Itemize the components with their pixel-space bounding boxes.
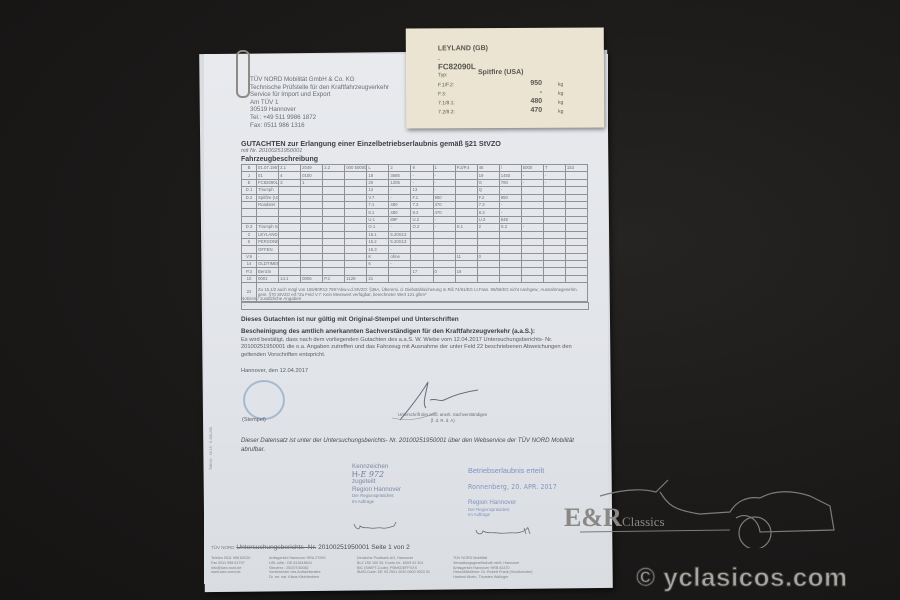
table-cell: Q bbox=[477, 187, 499, 194]
label-weight-row: F.1/F.2:950kg bbox=[438, 82, 588, 83]
table-row: B01.07.19672.120492.2000 50000 -L291P.2/… bbox=[242, 165, 588, 172]
table-cell bbox=[301, 238, 323, 245]
table-cell: - bbox=[543, 172, 565, 179]
table-cell bbox=[345, 268, 367, 275]
site-watermark: © yclasicos.com bbox=[636, 562, 848, 593]
official-label: Der Regionspräsident bbox=[352, 493, 401, 498]
table-cell bbox=[455, 275, 477, 282]
table-cell bbox=[367, 268, 389, 275]
table-cell: 2049 bbox=[301, 165, 323, 172]
footer-col-management: TÜV NORD MobilitätVerwaltungsgesellschaf… bbox=[453, 556, 533, 580]
table-cell bbox=[477, 275, 499, 282]
label-key: 7.1/8.1: bbox=[438, 100, 455, 106]
table-cell bbox=[433, 275, 455, 282]
table-cell bbox=[433, 253, 455, 260]
table-cell: B bbox=[242, 165, 257, 172]
label-key: 7.2/8.2: bbox=[438, 109, 455, 115]
table-cell: 4 bbox=[279, 172, 301, 179]
table-cell bbox=[242, 209, 257, 216]
table-cell: 89F bbox=[389, 216, 411, 223]
table-cell bbox=[242, 216, 257, 223]
table-cell bbox=[499, 261, 521, 268]
table-cell: - bbox=[389, 224, 411, 231]
table-row: 2LEYLAND (GB)15.15.20S13 bbox=[242, 231, 588, 238]
table-cell: - bbox=[257, 253, 279, 260]
table-cell: 0 bbox=[433, 268, 455, 275]
table-cell bbox=[455, 209, 477, 216]
table-cell: 0006 bbox=[301, 275, 323, 282]
table-cell: - bbox=[433, 172, 455, 179]
table-cell bbox=[345, 246, 367, 253]
table-cell: V.7 bbox=[367, 194, 389, 201]
table-cell: - bbox=[433, 216, 455, 223]
table-cell: 11 bbox=[455, 253, 477, 260]
footer-page-line: TÜV NORD Untersuchungsberichts- Nr. 2010… bbox=[211, 544, 410, 551]
table-cell: 2 bbox=[477, 224, 499, 231]
label-weight-row: F.3:-kg bbox=[438, 91, 588, 92]
table-cell bbox=[455, 261, 477, 268]
table-cell: 5000 bbox=[521, 165, 543, 172]
table-cell: 17 bbox=[411, 268, 433, 275]
table-cell: O.1 bbox=[367, 224, 389, 231]
table-cell: - bbox=[543, 179, 565, 186]
registration-signature-icon bbox=[352, 520, 398, 532]
table-cell: 5.20S13 bbox=[389, 238, 411, 245]
table-cell: 19 bbox=[477, 172, 499, 179]
vehicle-label-card: LEYLAND (GB) - FC82090L Typ: Spitfire (U… bbox=[406, 27, 605, 128]
table-cell: L bbox=[367, 165, 389, 172]
table-cell bbox=[279, 224, 301, 231]
table-cell bbox=[323, 179, 345, 186]
table-cell bbox=[565, 187, 587, 194]
table-cell bbox=[521, 246, 543, 253]
table-cell bbox=[543, 238, 565, 245]
table-cell bbox=[345, 187, 367, 194]
table-cell bbox=[345, 261, 367, 268]
sender-line: TÜV NORD Mobilität GmbH & Co. KG bbox=[250, 76, 389, 84]
table-cell bbox=[345, 216, 367, 223]
table-cell bbox=[323, 172, 345, 179]
table-cell bbox=[279, 194, 301, 201]
footer-col-contact: Telefon 0511 998 62020Fax 0511 998 61797… bbox=[211, 556, 250, 575]
table-cell: - bbox=[411, 179, 433, 186]
table-row: 5PERSONENKRAFTWAGEN15.25.20S13 bbox=[242, 238, 588, 245]
certification-body: Es wird bestätigt, dass nach dem vorlieg… bbox=[241, 337, 591, 359]
table-cell bbox=[301, 253, 323, 260]
table-cell bbox=[565, 238, 587, 245]
table-cell: 46 bbox=[477, 165, 499, 172]
table-cell bbox=[279, 238, 301, 245]
table-cell: Triumph bbox=[257, 187, 279, 194]
table-cell: 6 bbox=[367, 261, 389, 268]
table-cell: S.2 bbox=[499, 224, 521, 231]
table-cell bbox=[411, 275, 433, 282]
approval-title: Betriebserlaubnis erteilt bbox=[468, 466, 557, 475]
table-cell bbox=[323, 201, 345, 208]
table-cell: 12 bbox=[367, 187, 389, 194]
table-cell bbox=[521, 216, 543, 223]
table-row: V.9-Kohne110 bbox=[242, 253, 588, 260]
table-row: D.1Triumph12-13-Q- bbox=[242, 187, 588, 194]
table-cell bbox=[565, 261, 587, 268]
sender-address: TÜV NORD Mobilität GmbH & Co. KGTechnisc… bbox=[250, 76, 389, 129]
table-cell bbox=[543, 253, 565, 260]
table-cell bbox=[323, 224, 345, 231]
table-cell bbox=[499, 231, 521, 238]
notes-label: Notizen / zusätzliche Angaben bbox=[241, 296, 301, 301]
table-cell: 15.3 bbox=[367, 246, 389, 253]
table-cell bbox=[345, 209, 367, 216]
footer-org-prefix: TÜV NORD bbox=[211, 545, 235, 550]
table-cell bbox=[521, 187, 543, 194]
table-cell bbox=[323, 216, 345, 223]
table-cell bbox=[565, 275, 587, 282]
table-cell: D.3 bbox=[242, 224, 257, 231]
table-cell: V.9 bbox=[242, 253, 257, 260]
table-cell bbox=[543, 216, 565, 223]
table-cell bbox=[301, 231, 323, 238]
table-cell: 1 bbox=[433, 165, 455, 172]
sender-line: Tel.: +49 511 9986 1872 bbox=[250, 114, 389, 122]
table-cell: 480 bbox=[389, 201, 411, 208]
table-cell: LEYLAND (GB) bbox=[257, 231, 279, 238]
table-cell bbox=[301, 246, 323, 253]
registration-stamp: Kennzeichen H-E 972 zugeteilt Region Han… bbox=[352, 463, 401, 504]
table-cell bbox=[279, 231, 301, 238]
table-cell bbox=[521, 275, 543, 282]
table-cell bbox=[565, 179, 587, 186]
table-cell: 0100 bbox=[301, 172, 323, 179]
table-cell: 8.2 bbox=[411, 209, 433, 216]
table-cell bbox=[499, 275, 521, 282]
table-cell: 780 bbox=[499, 179, 521, 186]
table-cell: 2.2 bbox=[323, 165, 345, 172]
label-unit: kg bbox=[558, 109, 563, 115]
label-unit: kg bbox=[558, 91, 563, 97]
plate-number: H-E 972 bbox=[352, 471, 401, 479]
table-cell bbox=[345, 179, 367, 186]
table-cell bbox=[411, 231, 433, 238]
table-cell: E bbox=[242, 179, 257, 186]
table-cell bbox=[477, 246, 499, 253]
label-key: F.1/F.2: bbox=[438, 82, 454, 88]
table-cell bbox=[543, 246, 565, 253]
table-cell bbox=[499, 268, 521, 275]
footer-line: Hartmut Abeln, Thorsten Walinger bbox=[453, 575, 533, 580]
table-cell bbox=[279, 261, 301, 268]
table-cell: D.2 bbox=[242, 194, 257, 201]
table-cell: 2 bbox=[389, 165, 411, 172]
table-cell bbox=[301, 187, 323, 194]
table-cell: 1129 bbox=[345, 275, 367, 282]
table-cell bbox=[499, 246, 521, 253]
table-cell bbox=[565, 253, 587, 260]
table-cell: P.3 bbox=[242, 268, 257, 275]
table-cell: 7.2 bbox=[411, 201, 433, 208]
table-cell bbox=[323, 231, 345, 238]
table-cell: OFFEN bbox=[257, 246, 279, 253]
table-cell: 470 bbox=[433, 201, 455, 208]
table-cell: 8.3 bbox=[477, 209, 499, 216]
table-cell: - bbox=[521, 224, 543, 231]
table-cell bbox=[455, 201, 477, 208]
table-cell bbox=[543, 231, 565, 238]
label-weight-row: 7.1/8.1:480kg bbox=[438, 100, 588, 101]
table-cell: 2.1 bbox=[279, 165, 301, 172]
table-cell: 950 bbox=[499, 194, 521, 201]
table-cell bbox=[455, 216, 477, 223]
table-cell bbox=[565, 216, 587, 223]
signature-caption: Unterschrift des amtl. anerk. Sachverstä… bbox=[398, 412, 487, 424]
table-row: OFFEN15.3- bbox=[242, 246, 588, 253]
table-cell: J bbox=[242, 172, 257, 179]
table-cell bbox=[257, 216, 279, 223]
table-cell: S.1 bbox=[455, 224, 477, 231]
table-cell bbox=[345, 253, 367, 260]
table-cell: 470 bbox=[433, 209, 455, 216]
footer-struck-label: Untersuchungsberichts- Nr. bbox=[236, 544, 316, 551]
label-weight-row: 7.2/8.2:470kg bbox=[438, 109, 588, 110]
table-cell bbox=[521, 194, 543, 201]
svg-text:Classics: Classics bbox=[622, 514, 665, 529]
table-cell bbox=[345, 201, 367, 208]
table-cell bbox=[521, 238, 543, 245]
table-cell bbox=[565, 194, 587, 201]
label-value: 950 bbox=[508, 80, 542, 87]
table-cell: 480 bbox=[389, 209, 411, 216]
table-cell bbox=[411, 261, 433, 268]
table-cell: 15.1 bbox=[367, 231, 389, 238]
label-code: FC82090L bbox=[438, 62, 476, 71]
label-make: LEYLAND (GB) bbox=[438, 45, 488, 52]
table-cell bbox=[543, 268, 565, 275]
table-cell: 2 bbox=[242, 231, 257, 238]
table-cell bbox=[323, 261, 345, 268]
table-cell: 5 bbox=[242, 238, 257, 245]
label-value: 470 bbox=[508, 107, 542, 114]
table-cell bbox=[411, 253, 433, 260]
place-date: Hannover, den 12.04.2017 bbox=[241, 368, 308, 374]
table-cell bbox=[301, 209, 323, 216]
official-stamp-icon bbox=[243, 380, 285, 420]
form-code: TMK54 · 09.15 · 0.458.258 bbox=[209, 427, 213, 470]
sender-line: 30519 Hannover bbox=[250, 106, 389, 114]
table-cell: 14 bbox=[242, 261, 257, 268]
table-cell: 7.3 bbox=[477, 201, 499, 208]
table-cell bbox=[565, 246, 587, 253]
table-cell bbox=[345, 194, 367, 201]
table-cell: F.1 bbox=[411, 194, 433, 201]
table-cell bbox=[543, 201, 565, 208]
table-cell bbox=[521, 231, 543, 238]
table-cell: 3685 bbox=[389, 172, 411, 179]
table-cell: - bbox=[411, 172, 433, 179]
table-cell bbox=[323, 194, 345, 201]
table-cell bbox=[242, 201, 257, 208]
table-cell bbox=[279, 187, 301, 194]
table-cell bbox=[433, 261, 455, 268]
on-behalf-label: Im Auftrage bbox=[352, 499, 401, 504]
table-cell: 7.1 bbox=[367, 201, 389, 208]
table-cell bbox=[499, 238, 521, 245]
table-cell bbox=[565, 231, 587, 238]
table-cell: 1 bbox=[301, 179, 323, 186]
table-cell bbox=[301, 268, 323, 275]
table-row: 10000114.10006P.1112921 bbox=[242, 275, 588, 282]
table-cell bbox=[411, 238, 433, 245]
table-cell bbox=[345, 231, 367, 238]
table-row: EFC82090L31201205--G780-- bbox=[242, 179, 588, 186]
table-cell: 5.20S13 bbox=[389, 231, 411, 238]
table-row: U.189FU.2-U.384E bbox=[242, 216, 588, 223]
table-cell bbox=[455, 194, 477, 201]
label-typ: Spitfire (USA) bbox=[478, 69, 524, 76]
sender-line: Service für Import und Export bbox=[250, 91, 389, 99]
footer-col-registry: Amtsgericht Hannover HRA 27009USt.-IdNr.… bbox=[269, 556, 325, 580]
approval-date: Ronnenberg, 20. APR. 2017 bbox=[468, 483, 557, 491]
table-cell bbox=[565, 201, 587, 208]
document-number: mit Nr. 20100251950001 bbox=[241, 148, 302, 154]
table-cell bbox=[543, 209, 565, 216]
label-value: - bbox=[508, 89, 542, 96]
table-cell bbox=[279, 253, 301, 260]
sender-line: Fax: 0511 986 1316 bbox=[250, 122, 389, 130]
table-cell: - bbox=[433, 187, 455, 194]
table-cell bbox=[279, 201, 301, 208]
table-cell: U.3 bbox=[477, 216, 499, 223]
section-title: Fahrzeugbeschreibung bbox=[241, 156, 318, 163]
table-cell: - bbox=[499, 209, 521, 216]
footer-line: www.tuev-nord.de bbox=[211, 570, 250, 575]
table-cell bbox=[455, 172, 477, 179]
signature-caption-line-2: (f. d. R. d. A) bbox=[398, 418, 487, 424]
table-cell: 1205 bbox=[389, 179, 411, 186]
table-cell bbox=[565, 268, 587, 275]
table-cell bbox=[543, 224, 565, 231]
table-cell bbox=[279, 246, 301, 253]
table-cell: F.2 bbox=[477, 194, 499, 201]
table-cell: Spitfire (USA) bbox=[257, 194, 279, 201]
table-cell bbox=[477, 268, 499, 275]
table-row: Roadster7.14807.24707.3- bbox=[242, 201, 588, 208]
table-cell: 8.1 bbox=[367, 209, 389, 216]
er-classics-logo-icon: E&R Classics bbox=[560, 478, 900, 548]
table-cell: OLDTIMER bbox=[257, 261, 279, 268]
table-cell bbox=[323, 209, 345, 216]
table-cell: 0 bbox=[477, 253, 499, 260]
table-cell bbox=[279, 209, 301, 216]
approval-stamp: Betriebserlaubnis erteilt Ronnenberg, 20… bbox=[468, 466, 557, 517]
table-cell: PERSONENKRAFTWAGEN bbox=[257, 238, 279, 245]
table-cell: 21 bbox=[367, 275, 389, 282]
table-cell: 000 50000 - bbox=[345, 165, 367, 172]
table-cell bbox=[301, 194, 323, 201]
table-cell bbox=[521, 209, 543, 216]
sender-line: Technische Prüfstelle für den Kraftfahrz… bbox=[250, 84, 389, 92]
table-cell bbox=[301, 201, 323, 208]
table-cell bbox=[301, 216, 323, 223]
table-row: J0140100183685--191450-- bbox=[242, 172, 588, 179]
table-cell: 16 bbox=[455, 268, 477, 275]
table-cell bbox=[455, 187, 477, 194]
table-cell: U.2 bbox=[411, 216, 433, 223]
table-cell bbox=[521, 201, 543, 208]
table-cell: K bbox=[367, 253, 389, 260]
table-cell: U.1 bbox=[367, 216, 389, 223]
field-22-text: Zu 15.1/2 auch mögl von 155/80R13 79S*Ab… bbox=[257, 283, 588, 302]
table-cell: - bbox=[389, 261, 411, 268]
table-cell: 9 bbox=[411, 165, 433, 172]
table-row: D.3Triumph Spitfire MK IIO.1-O.2-S.12S.2… bbox=[242, 224, 588, 231]
table-cell bbox=[499, 253, 521, 260]
table-cell: / bbox=[499, 165, 521, 172]
table-row: P.3Benzin17016 bbox=[242, 268, 588, 275]
table-cell: O.2 bbox=[411, 224, 433, 231]
table-cell: - bbox=[433, 224, 455, 231]
table-row: 14OLDTIMER6- bbox=[242, 261, 588, 268]
table-cell bbox=[279, 268, 301, 275]
table-cell: T bbox=[543, 165, 565, 172]
table-cell: P.2/P.4 bbox=[455, 165, 477, 172]
table-cell bbox=[433, 231, 455, 238]
label-unit: kg bbox=[558, 82, 563, 88]
table-cell: G bbox=[477, 179, 499, 186]
table-cell bbox=[521, 253, 543, 260]
table-cell: Roadster bbox=[257, 201, 279, 208]
region-label: Region Hannover bbox=[352, 486, 401, 494]
table-cell bbox=[323, 268, 345, 275]
assigned-label: zugeteilt bbox=[352, 478, 401, 486]
table-cell bbox=[477, 231, 499, 238]
table-cell: 15.2 bbox=[367, 238, 389, 245]
vehicle-spec-table: B01.07.19672.120492.2000 50000 -L291P.2/… bbox=[241, 164, 588, 302]
table-cell bbox=[345, 172, 367, 179]
table-cell: 0001 bbox=[257, 275, 279, 282]
table-cell bbox=[521, 261, 543, 268]
table-cell bbox=[433, 246, 455, 253]
table-cell: 20 bbox=[367, 179, 389, 186]
table-cell: 01 bbox=[257, 172, 279, 179]
table-cell bbox=[242, 246, 257, 253]
table-cell: 10 bbox=[242, 275, 257, 282]
table-cell: 84E bbox=[499, 216, 521, 223]
table-cell bbox=[455, 246, 477, 253]
table-cell bbox=[543, 275, 565, 282]
footer-col-bank: Deutsche Postbank AG, HannoverBLZ 250 10… bbox=[357, 556, 430, 575]
table-row: 8.14808.24708.3- bbox=[242, 209, 588, 216]
table-cell bbox=[411, 246, 433, 253]
table-cell bbox=[543, 187, 565, 194]
table-cell bbox=[257, 209, 279, 216]
webservice-note: Dieser Datensatz ist unter der Untersuch… bbox=[241, 436, 591, 454]
table-cell: - bbox=[499, 187, 521, 194]
table-cell: FC82090L bbox=[257, 179, 279, 186]
paperclip-icon bbox=[236, 50, 250, 98]
footer-line: IBAN-Code: DE 93 2501 0030 0600 9023 01 bbox=[357, 570, 430, 575]
table-cell bbox=[389, 268, 411, 275]
label-unit: kg bbox=[558, 100, 563, 106]
table-cell: - bbox=[433, 179, 455, 186]
document-title: GUTACHTEN zur Erlangung einer Einzelbetr… bbox=[241, 139, 501, 148]
table-cell bbox=[345, 238, 367, 245]
approval-region: Region Hannover bbox=[468, 500, 557, 507]
table-cell: - bbox=[521, 179, 543, 186]
table-cell bbox=[455, 238, 477, 245]
table-cell bbox=[323, 246, 345, 253]
table-cell bbox=[323, 238, 345, 245]
footer-line: Fax 0511 998 61797 bbox=[211, 561, 250, 566]
table-cell: 18 bbox=[367, 172, 389, 179]
